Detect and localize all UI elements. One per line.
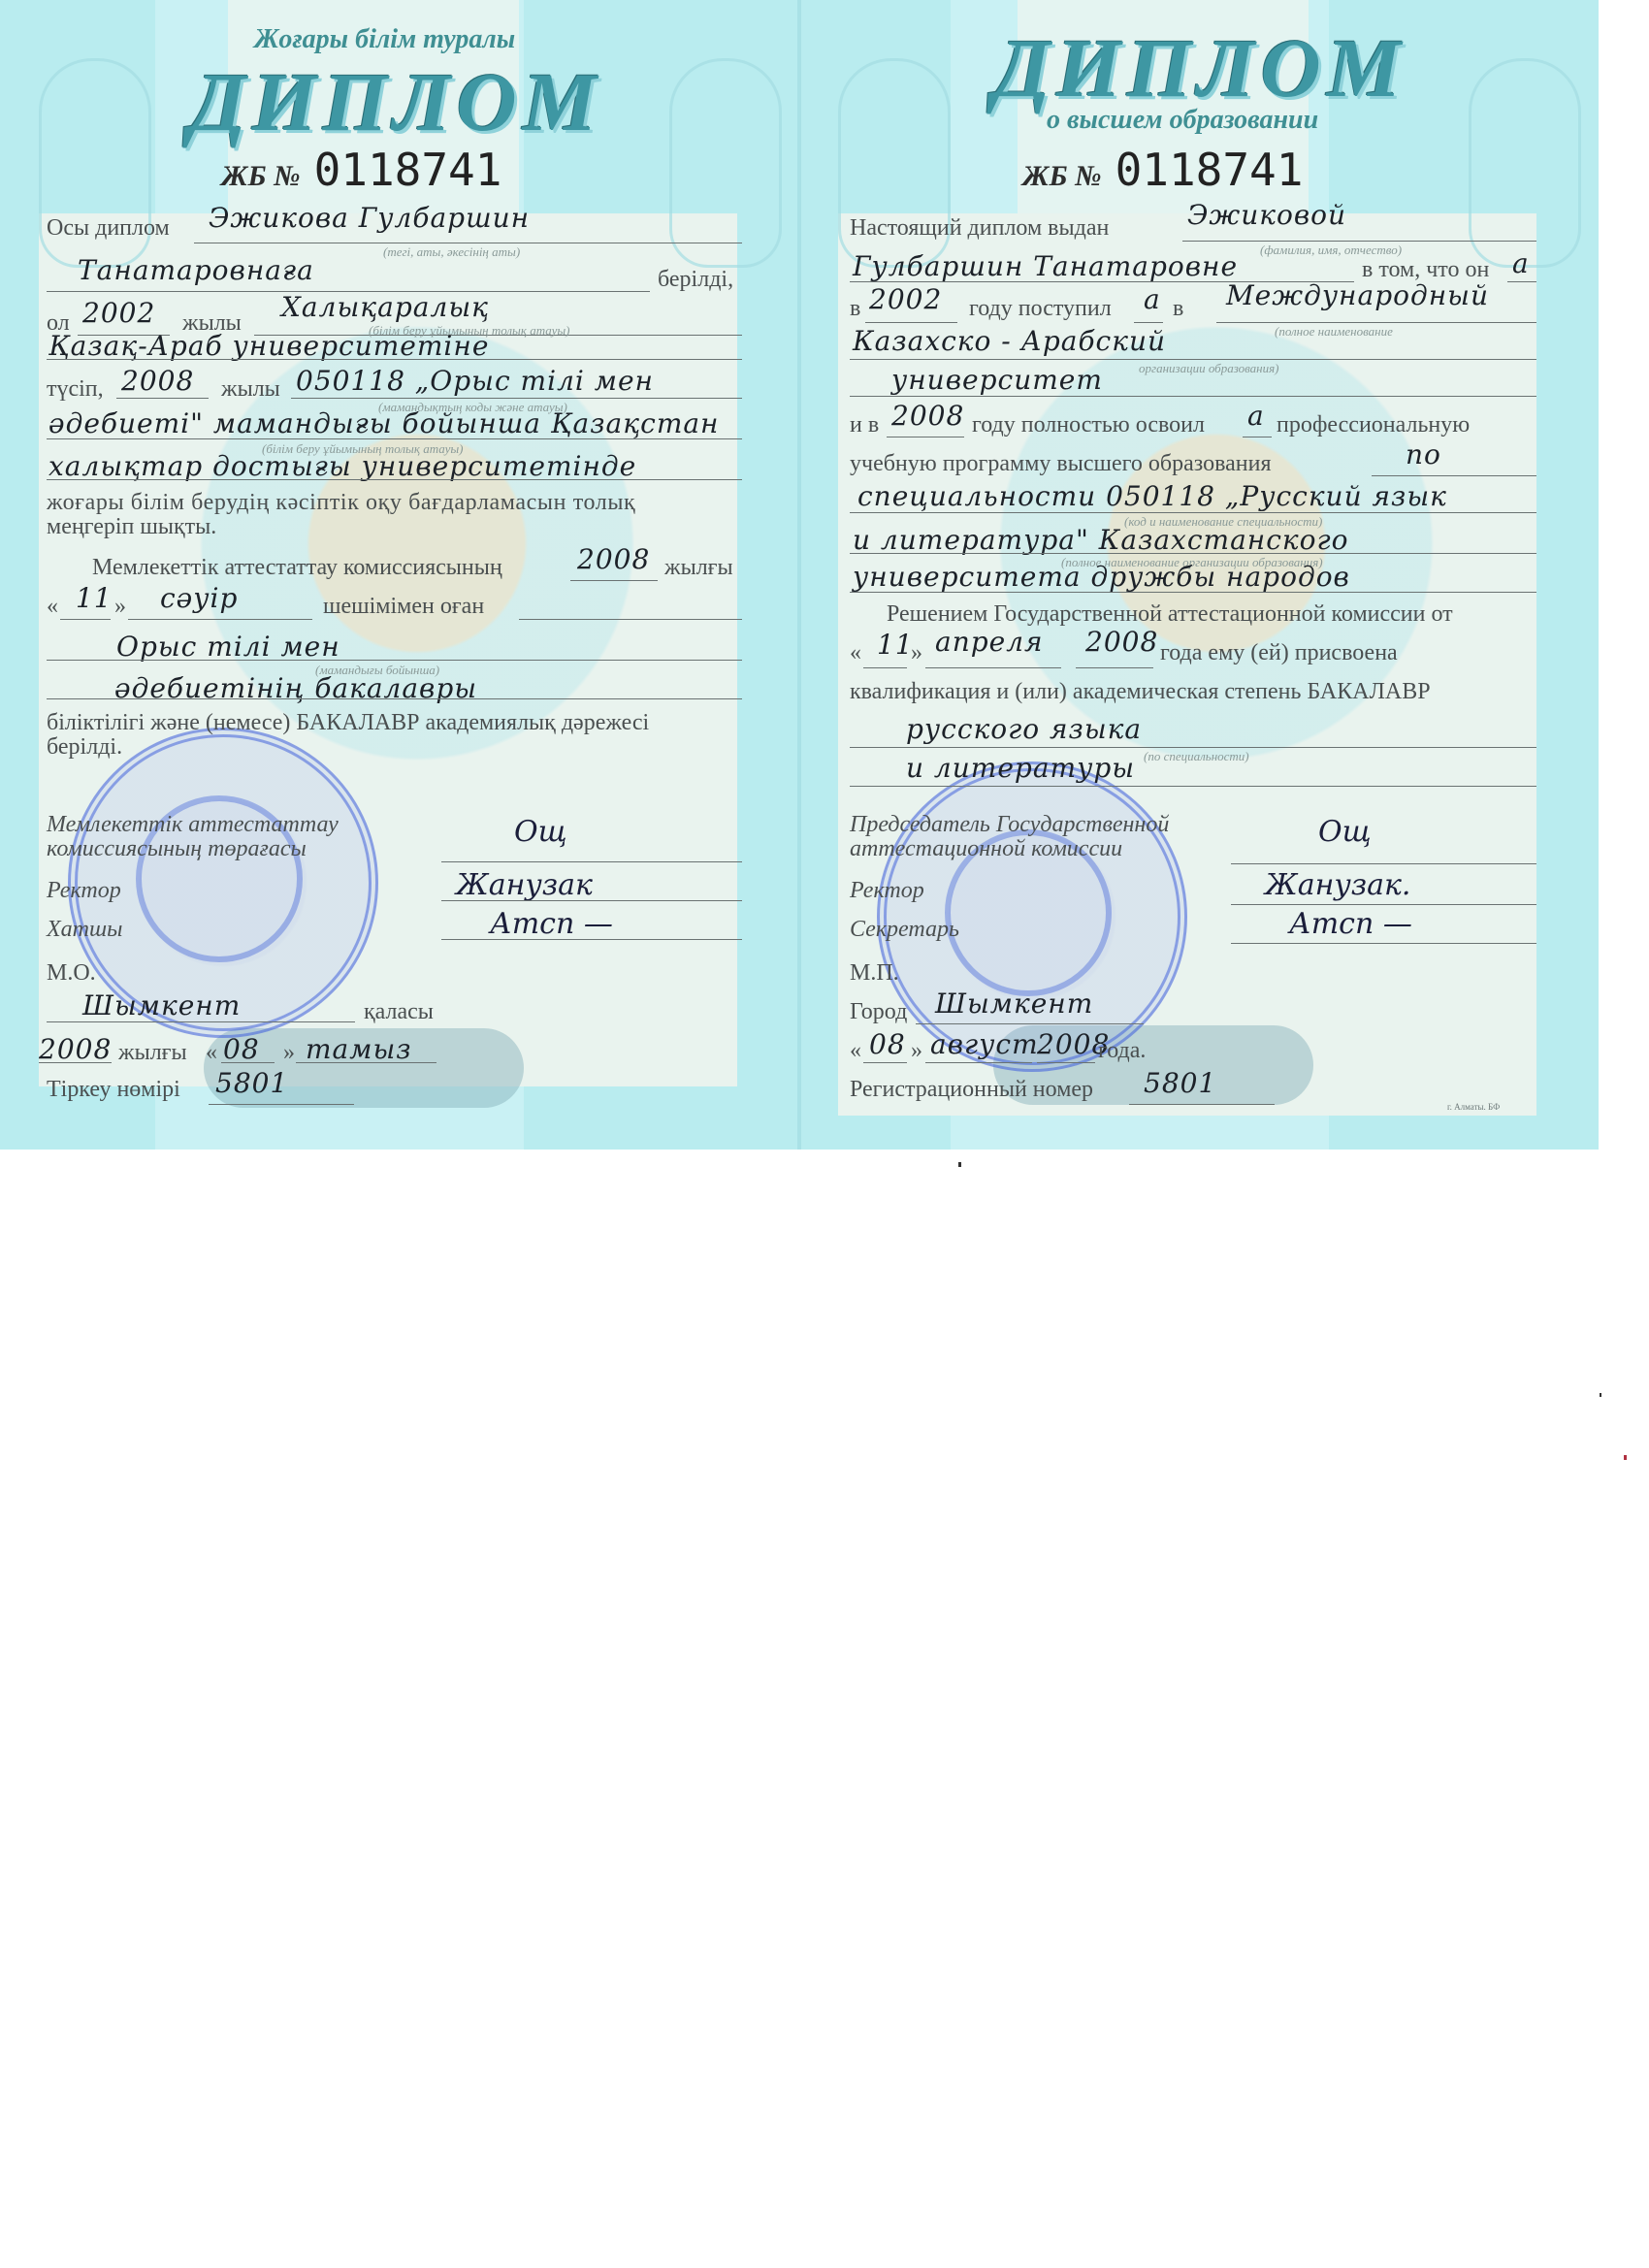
ornament-icon [669, 58, 782, 268]
scan-speck [958, 1162, 961, 1167]
holder-name: Эжиковой [1187, 199, 1346, 231]
signature-chair: Ощ [1318, 815, 1372, 849]
signature-chair: Ощ [514, 815, 567, 849]
page-title: ДИПЛОМ [993, 19, 1406, 116]
holder-name: Эжикова Гулбаршин [209, 202, 530, 234]
signature-rector: Жанузак. [1265, 868, 1410, 902]
subtitle: Жоғары білім туралы [254, 24, 515, 55]
signature-secretary: Атсп — [1289, 907, 1412, 941]
printer-mark: г. Алматы. БФ [1447, 1102, 1500, 1112]
serial-number: ЖБ №0118741 [1022, 144, 1303, 196]
scan-speck [1624, 1455, 1627, 1460]
page-title: ДИПЛОМ [189, 53, 602, 150]
signature-secretary: Атсп — [490, 907, 613, 941]
ornament-icon [1469, 58, 1581, 268]
diploma-scan: Жоғары білім туралы ДИПЛОМ ЖБ №0118741 О… [0, 0, 1599, 1150]
scan-speck [1600, 1393, 1601, 1397]
signature-rector: Жанузак [456, 868, 593, 902]
diploma-page-russian: ДИПЛОМ о высшем образовании ЖБ №0118741 … [799, 0, 1599, 1150]
subtitle: о высшем образовании [1047, 105, 1318, 136]
diploma-page-kazakh: Жоғары білім туралы ДИПЛОМ ЖБ №0118741 О… [0, 0, 799, 1150]
serial-number: ЖБ №0118741 [221, 144, 501, 196]
